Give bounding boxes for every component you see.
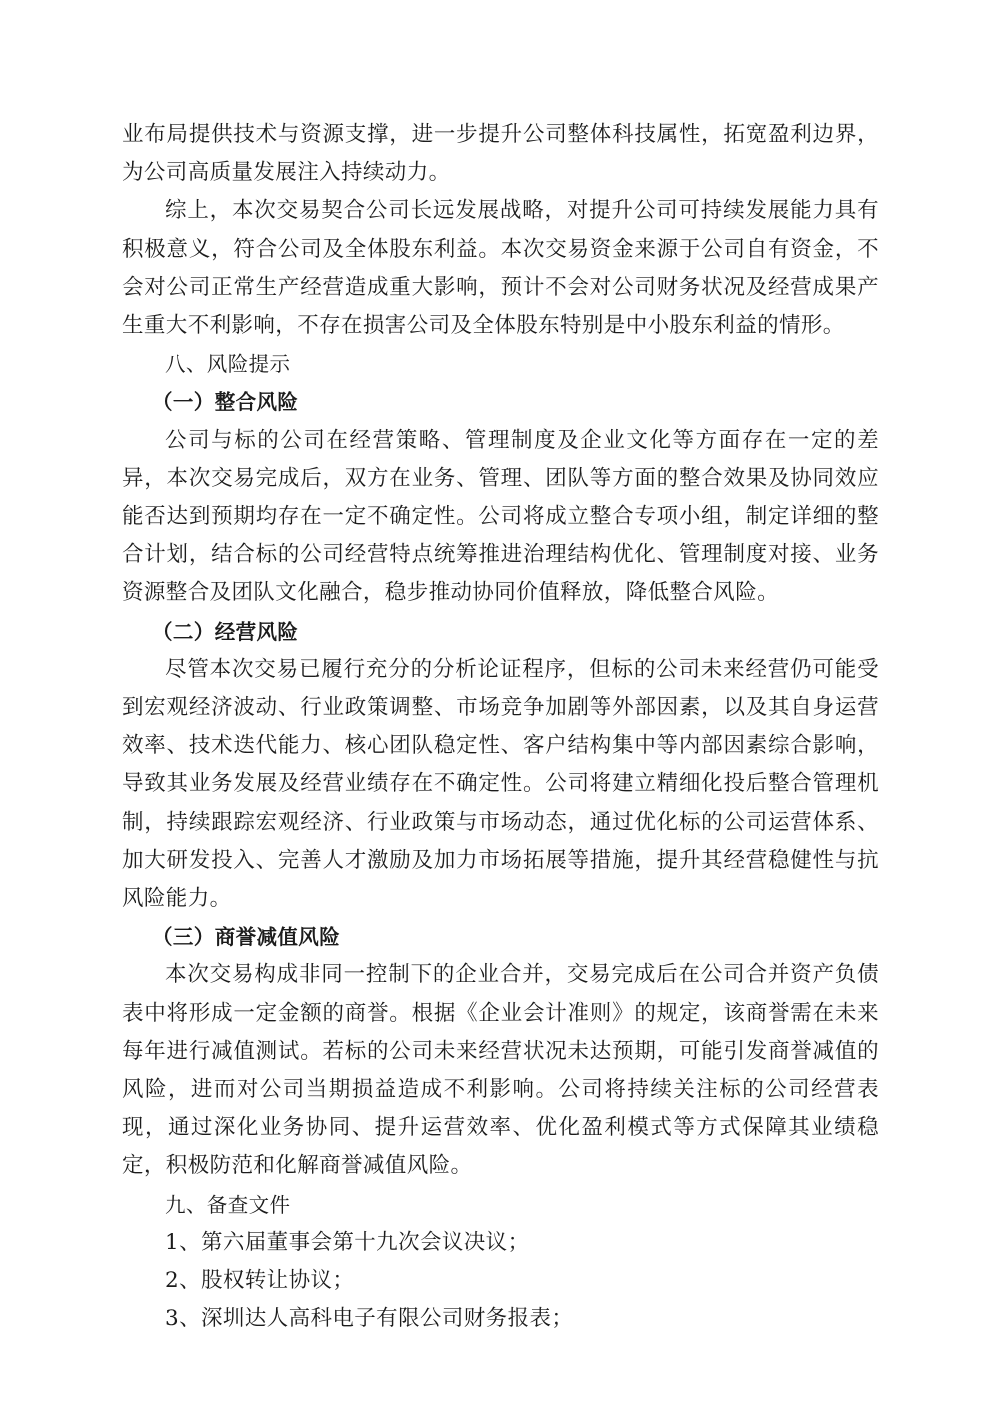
paragraph-continuation: 业布局提供技术与资源支撑，进一步提升公司整体科技属性，拓宽盈利边界，为公司高质量… <box>122 116 879 192</box>
reference-document-item: 2、股权转让协议； <box>122 1262 879 1300</box>
subsection-heading-operating-risk: （二）经营风险 <box>122 613 879 651</box>
section-heading-risk: 八、风险提示 <box>122 345 879 383</box>
paragraph-summary: 综上，本次交易契合公司长远发展战略，对提升公司可持续发展能力具有积极意义，符合公… <box>122 192 879 345</box>
paragraph-integration-risk: 公司与标的公司在经营策略、管理制度及企业文化等方面存在一定的差异，本次交易完成后… <box>122 422 879 613</box>
document-page: 业布局提供技术与资源支撑，进一步提升公司整体科技属性，拓宽盈利边界，为公司高质量… <box>122 116 879 1339</box>
reference-document-item: 1、第六届董事会第十九次会议决议； <box>122 1224 879 1262</box>
section-heading-reference-documents: 九、备查文件 <box>122 1186 879 1224</box>
paragraph-operating-risk: 尽管本次交易已履行充分的分析论证程序，但标的公司未来经营仍可能受到宏观经济波动、… <box>122 651 879 918</box>
reference-document-item: 3、深圳达人高科电子有限公司财务报表； <box>122 1300 879 1338</box>
subsection-heading-goodwill-risk: （三）商誉减值风险 <box>122 918 879 956</box>
paragraph-goodwill-risk: 本次交易构成非同一控制下的企业合并，交易完成后在公司合并资产负债表中将形成一定金… <box>122 956 879 1185</box>
subsection-heading-integration-risk: （一）整合风险 <box>122 383 879 421</box>
